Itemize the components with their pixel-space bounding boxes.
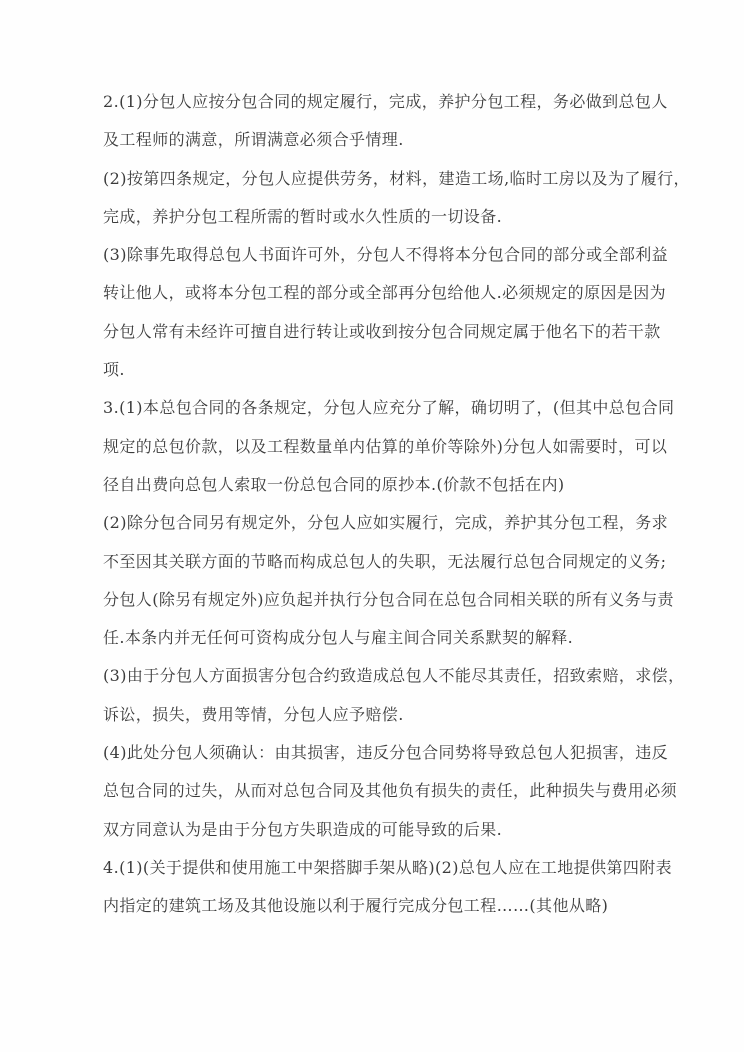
text-line: 完成，养护分包工程所需的暂时或水久性质的一切设备. — [103, 198, 669, 236]
text-line: (2)按第四条规定，分包人应提供劳务，材料，建造工场,临时工房以及为了履行， — [103, 160, 669, 198]
text-line: 诉讼，损失，费用等情，分包人应予赔偿. — [103, 696, 669, 734]
text-line: 4.(1)(关于提供和使用施工中架搭脚手架从略)(2)总包人应在工地提供第四附表 — [103, 849, 669, 887]
text-line: (4)此处分包人须确认：由其损害，违反分包合同势将导致总包人犯损害，违反 — [103, 734, 669, 772]
text-line: 2.(1)分包人应按分包合同的规定履行，完成，养护分包工程，务必做到总包人 — [103, 83, 669, 121]
text-line: 不至因其关联方面的节略而构成总包人的失职，无法履行总包合同规定的义务; — [103, 543, 669, 581]
text-line: 总包合同的过失，从而对总包合同及其他负有损失的责任，此种损失与费用必须 — [103, 772, 669, 810]
text-line: 3.(1)本总包合同的各条规定，分包人应充分了解，确切明了，(但其中总包合同 — [103, 389, 669, 427]
text-line: 分包人常有未经许可擅自进行转让或收到按分包合同规定属于他名下的若干款 — [103, 313, 669, 351]
document-text-block: 2.(1)分包人应按分包合同的规定履行，完成，养护分包工程，务必做到总包人 及工… — [103, 83, 669, 926]
text-line: (3)由于分包人方面损害分包合约致造成总包人不能尽其责任，招致索赔，求偿， — [103, 657, 669, 695]
text-line: 任.本条内并无任何可资构成分包人与雇主间合同关系默契的解释. — [103, 619, 669, 657]
text-line: (3)除事先取得总包人书面许可外，分包人不得将本分包合同的部分或全部利益 — [103, 236, 669, 274]
text-line: 内指定的建筑工场及其他设施以利于履行完成分包工程……(其他从略) — [103, 887, 669, 925]
text-line: 项. — [103, 351, 669, 389]
text-line: 及工程师的满意，所谓满意必须合乎情理. — [103, 121, 669, 159]
text-line: 径自出费向总包人索取一份总包合同的原抄本.(价款不包括在内) — [103, 466, 669, 504]
text-line: 规定的总包价款，以及工程数量单内估算的单价等除外)分包人如需要时，可以 — [103, 428, 669, 466]
text-line: 转让他人，或将本分包工程的部分或全部再分包给他人.必须规定的原因是因为 — [103, 274, 669, 312]
document-page: 2.(1)分包人应按分包合同的规定履行，完成，养护分包工程，务必做到总包人 及工… — [0, 0, 744, 1052]
text-line: (2)除分包合同另有规定外，分包人应如实履行，完成，养护其分包工程，务求 — [103, 504, 669, 542]
text-line: 双方同意认为是由于分包方失职造成的可能导致的后果. — [103, 811, 669, 849]
text-line: 分包人(除另有规定外)应负起并执行分包合同在总包合同相关联的所有义务与责 — [103, 581, 669, 619]
